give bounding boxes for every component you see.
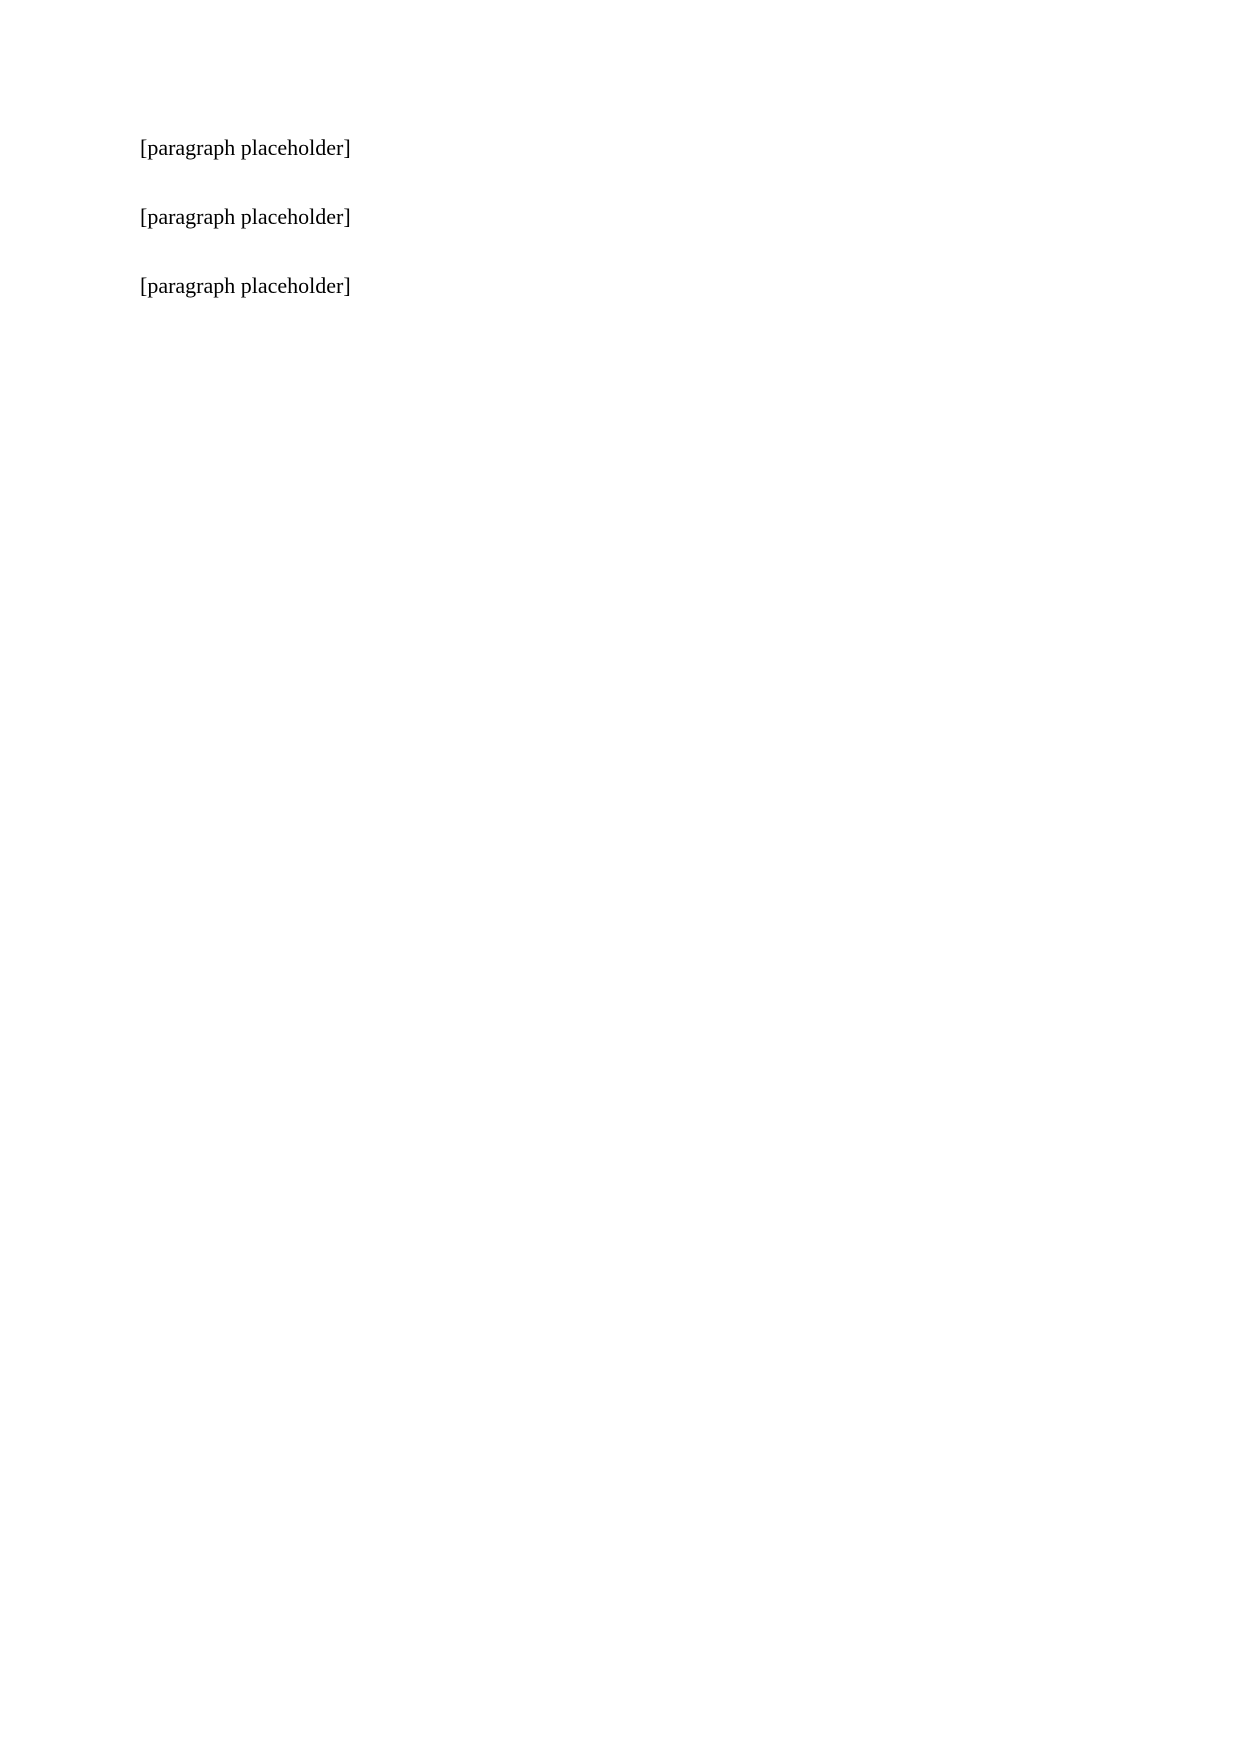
paragraph: [paragraph placeholder] — [140, 130, 1102, 165]
paragraph: [paragraph placeholder] — [140, 268, 1102, 303]
document-page: [paragraph placeholder] [paragraph place… — [0, 0, 1242, 1755]
paragraph: [paragraph placeholder] — [140, 199, 1102, 234]
